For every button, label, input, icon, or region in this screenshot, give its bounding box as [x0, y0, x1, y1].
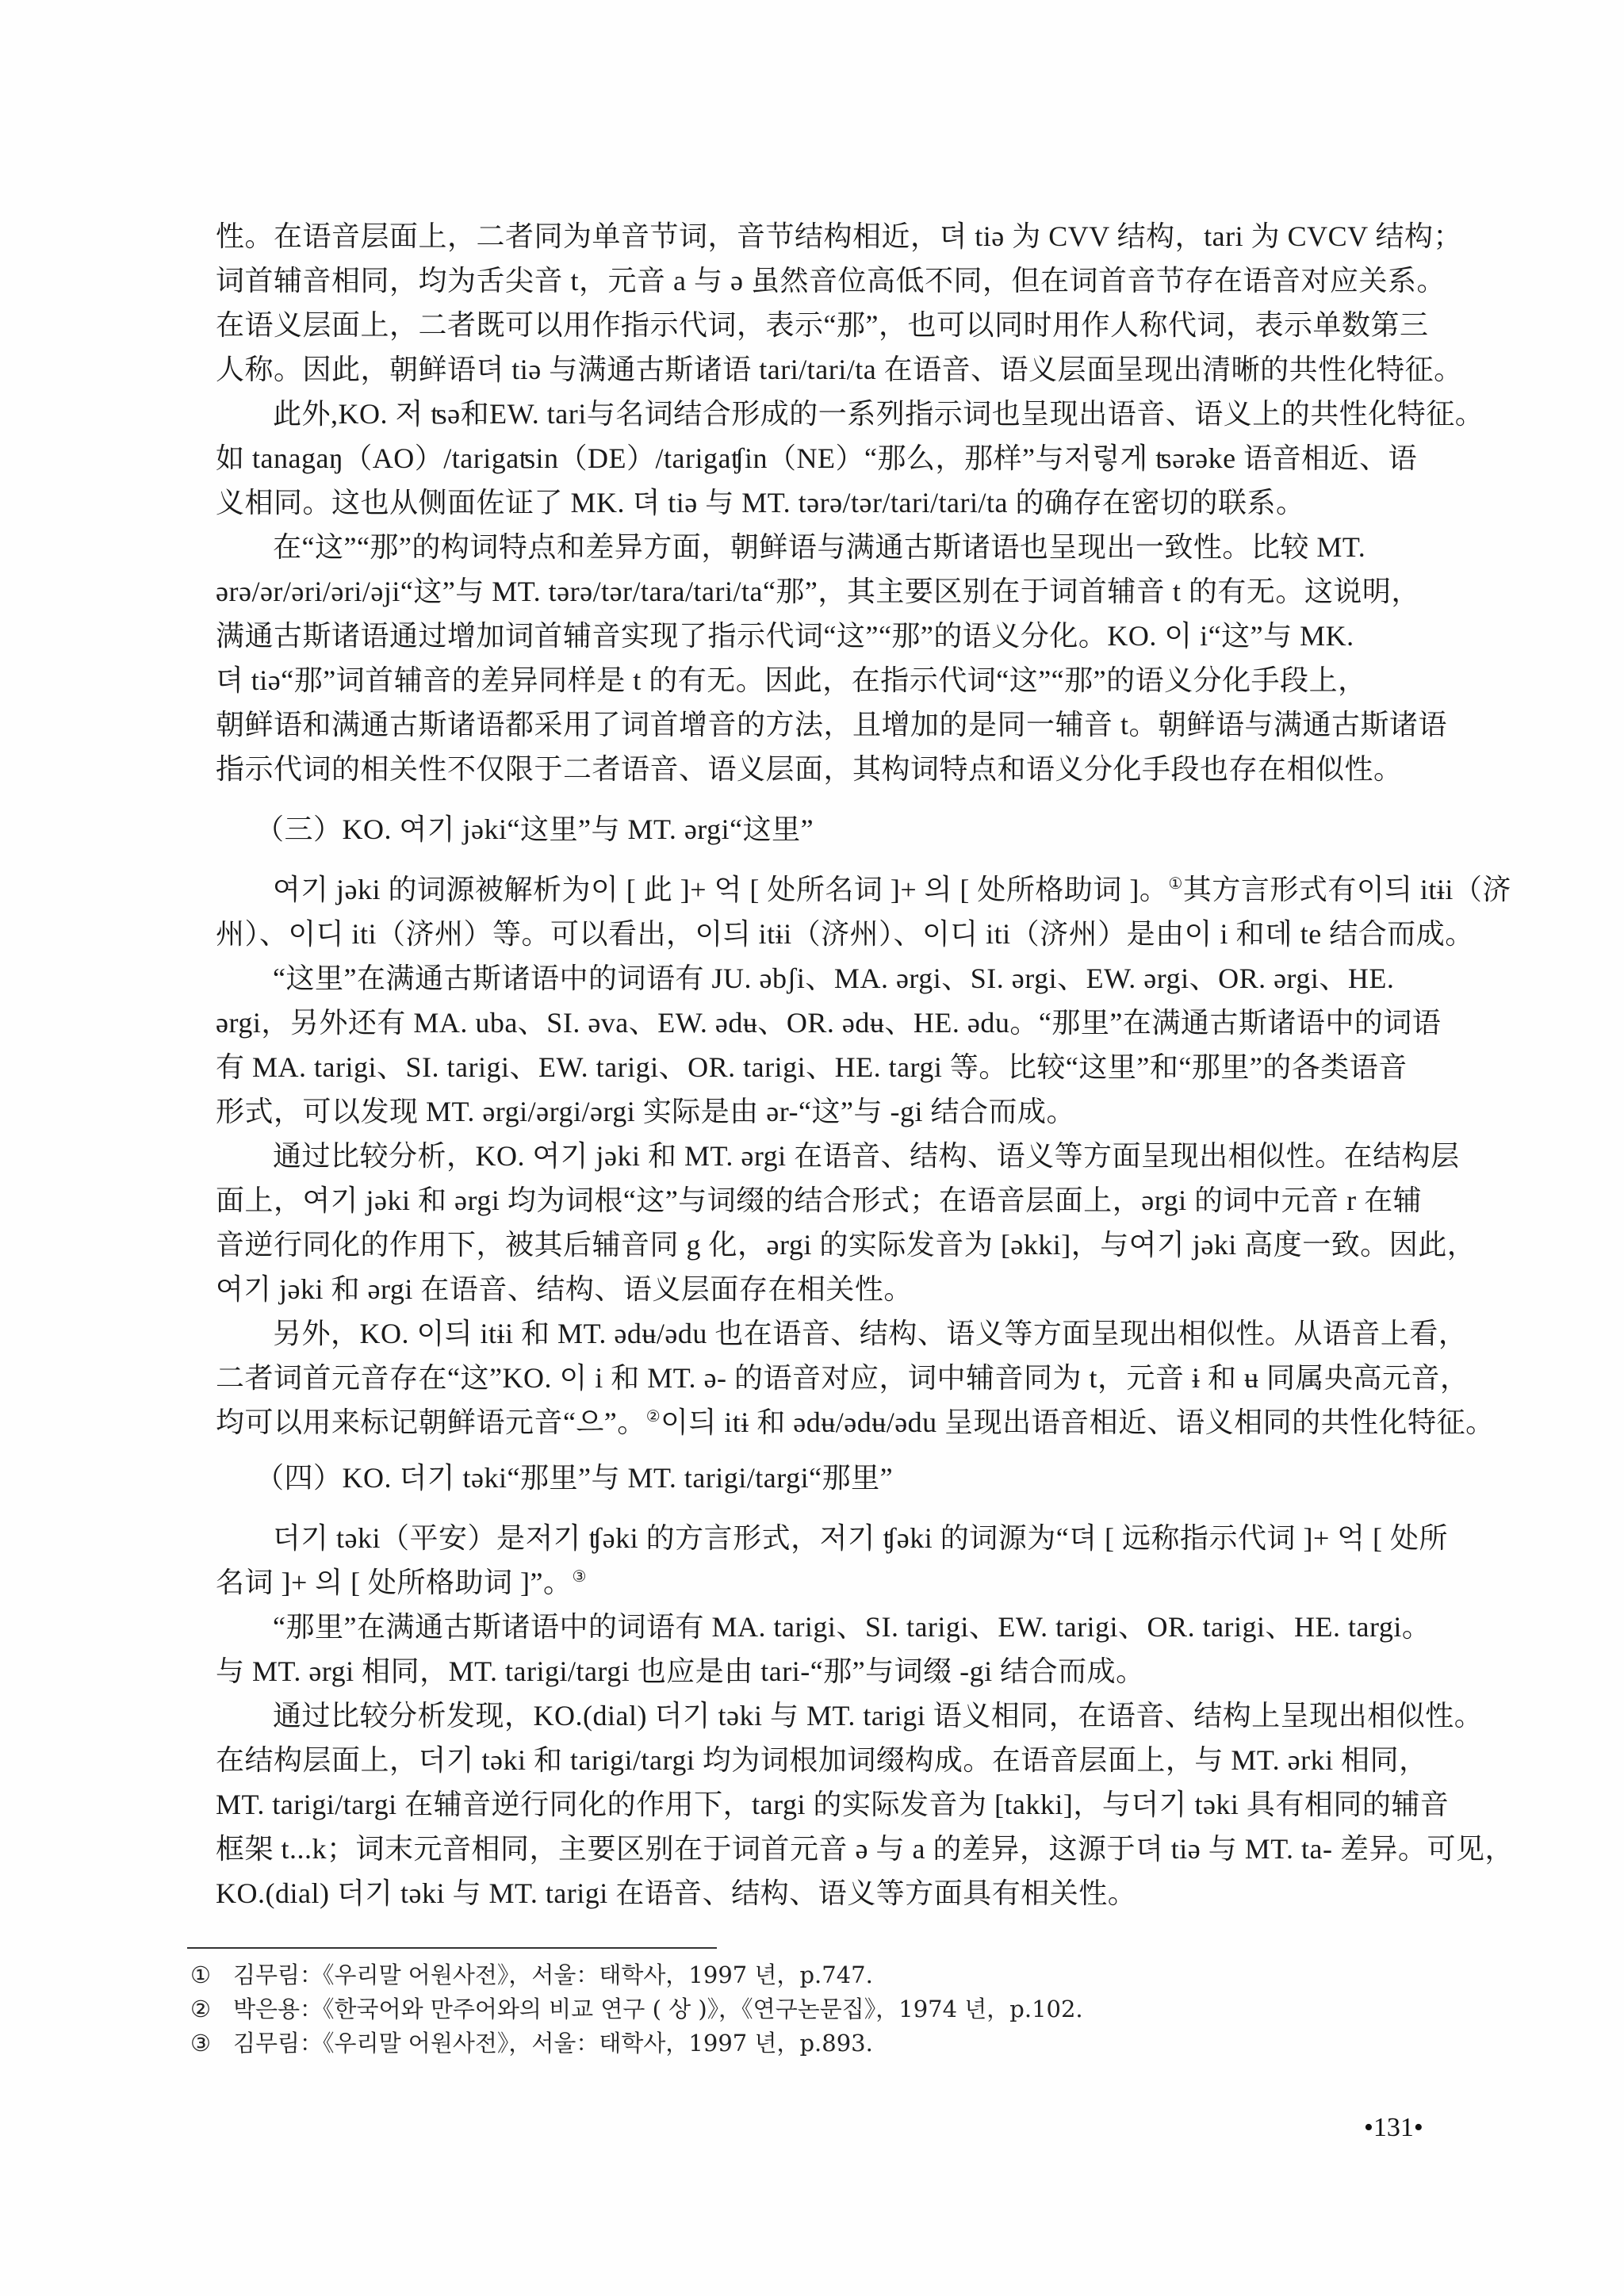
text-line: 形式，可以发现 MT. ərgi/ərgi/ərgi 实际是由 ər-“这”与 … — [216, 1089, 1446, 1134]
section-heading-4: （四）KO. 더기 təki“那里”与 MT. tarigi/targi“那里” — [216, 1456, 1446, 1500]
body-text: 性。在语音层面上，二者同为单音节词，音节结构相近，뎌 tiə 为 CVV 结构，… — [216, 214, 1446, 1915]
section-heading-3: （三）KO. 여기 jəki“这里”与 MT. ərgi“这里” — [216, 807, 1446, 851]
text-line: 框架 t...k；词末元音相同，主要区别在于词首元音 ə 与 a 的差异，这源于… — [216, 1827, 1446, 1871]
text-line: 音逆行同化的作用下，被其后辅音同 g 化，ərgi 的实际发音为 [əkki]，… — [216, 1223, 1446, 1267]
text-span: 名词 ]+ 의 [ 处所格助词 ]”。 — [216, 1567, 573, 1598]
footnote-text: 김무림：《우리말 어원사전》，서울：태학사，1997 년，p.893. — [233, 2030, 873, 2057]
text-line: 在结构层面上，더기 təki 和 tarigi/targi 均为词根加词缀构成。… — [216, 1738, 1446, 1782]
text-line: 여기 jəki 的词源被解析为이 [ 此 ]+ 억 [ 处所名词 ]+ 의 [ … — [216, 867, 1446, 912]
text-line: 뎌 tiə“那”词首辅音的差异同样是 t 的有无。因此，在指示代词“这”“那”的… — [216, 658, 1446, 702]
text-line: 名词 ]+ 의 [ 处所格助词 ]”。③ — [216, 1560, 1446, 1605]
footnote-text: 박은용：《한국어와 만주어와의 비교 연구 ( 상 )》，《연구논문집》，197… — [233, 1996, 1083, 2022]
text-line: ərgi，另外还有 MA. uba、SI. əva、EW. ədʉ、OR. əd… — [216, 1001, 1446, 1045]
text-line: 词首辅音相同，均为舌尖音 t，元音 a 与 ə 虽然音位高低不同，但在词首音节存… — [216, 258, 1446, 303]
footnote-ref-1[interactable]: ① — [1168, 875, 1182, 893]
text-line: 满通古斯诸语通过增加词首辅音实现了指示代词“这”“那”的语义分化。KO. 이 i… — [216, 614, 1446, 658]
text-span: 이듸 itɨ 和 ədʉ/ədʉ/ədu 呈现出语音相近、语义相同的共性化特征。 — [661, 1406, 1495, 1438]
text-line: MT. tarigi/targi 在辅音逆行同化的作用下，targi 的实际发音… — [216, 1782, 1446, 1827]
text-line: ərə/ər/əri/əri/əji“这”与 MT. tərə/tər/tara… — [216, 569, 1446, 614]
footnote-separator — [187, 1947, 717, 1949]
text-line: 有 MA. tarigi、SI. tarigi、EW. tarigi、OR. t… — [216, 1045, 1446, 1089]
text-span: 여기 jəki 的词源被解析为이 [ 此 ]+ 억 [ 处所名词 ]+ 의 [ … — [273, 874, 1168, 905]
footnotes: ①김무림：《우리말 어원사전》，서울：태학사，1997 년，p.747. ②박은… — [190, 1958, 1459, 2061]
text-line: 通过比较分析发现，KO.(dial) 더기 təki 与 MT. tarigi … — [216, 1693, 1446, 1738]
document-page: 性。在语音层面上，二者同为单音节词，音节结构相近，뎌 tiə 为 CVV 结构，… — [0, 0, 1624, 2296]
text-line: 此外,KO. 저 ʦə和EW. tari与名词结合形成的一系列指示词也呈现出语音… — [216, 392, 1446, 436]
footnote-1: ①김무림：《우리말 어원사전》，서울：태학사，1997 년，p.747. — [190, 1958, 1459, 1992]
text-line: 面上，여기 jəki 和 ərgi 均为词根“这”与词缀的结合形式；在语音层面上… — [216, 1178, 1446, 1223]
text-line: 人称。因此，朝鲜语뎌 tiə 与满通古斯诸语 tari/tari/ta 在语音、… — [216, 347, 1446, 392]
footnote-ref-3[interactable]: ③ — [573, 1568, 587, 1586]
text-line: 在“这”“那”的构词特点和差异方面，朝鲜语与满通古斯诸语也呈现出一致性。比较 M… — [216, 525, 1446, 569]
text-line: 指示代词的相关性不仅限于二者语音、语义层面，其构词特点和语义分化手段也存在相似性… — [216, 747, 1446, 791]
footnote-number: ① — [190, 1958, 233, 1992]
footnote-ref-2[interactable]: ② — [646, 1408, 661, 1425]
footnote-number: ③ — [190, 2026, 233, 2061]
text-line: “这里”在满通古斯诸语中的词语有 JU. əbʃi、MA. ərgi、SI. ə… — [216, 956, 1446, 1001]
text-line: 如 tanagaŋ（AO）/tarigaʦin（DE）/tarigaʧin（NE… — [216, 436, 1446, 480]
text-span: 均可以用来标记朝鲜语元音“으”。 — [216, 1406, 646, 1438]
footnote-number: ② — [190, 1992, 233, 2026]
text-line: 여기 jəki 和 ərgi 在语音、结构、语义层面存在相关性。 — [216, 1267, 1446, 1311]
text-line: 더기 təki（平安）是저기 ʧəki 的方言形式，저기 ʧəki 的词源为“뎌… — [216, 1516, 1446, 1560]
text-line: 州）、이디 iti（济州）等。可以看出，이듸 itɨi（济州）、이디 iti（济… — [216, 912, 1446, 956]
footnote-2: ②박은용：《한국어와 만주어와의 비교 연구 ( 상 )》，《연구논문집》，19… — [190, 1992, 1459, 2026]
text-line: 二者词首元音存在“这”KO. 이 i 和 MT. ə- 的语音对应，词中辅音同为… — [216, 1356, 1446, 1400]
text-line: 在语义层面上，二者既可以用作指示代词，表示“那”，也可以同时用作人称代词，表示单… — [216, 303, 1446, 347]
text-line: “那里”在满通古斯诸语中的词语有 MA. tarigi、SI. tarigi、E… — [216, 1605, 1446, 1649]
footnote-3: ③김무림：《우리말 어원사전》，서울：태학사，1997 년，p.893. — [190, 2026, 1459, 2061]
text-line: 另外，KO. 이듸 itɨi 和 MT. ədʉ/ədu 也在语音、结构、语义等… — [216, 1311, 1446, 1356]
text-line: 与 MT. ərgi 相同，MT. tarigi/targi 也应是由 tari… — [216, 1649, 1446, 1693]
text-line: 朝鲜语和满通古斯诸语都采用了词首增音的方法，且增加的是同一辅音 t。朝鲜语与满通… — [216, 702, 1446, 747]
text-line: KO.(dial) 더기 təki 与 MT. tarigi 在语音、结构、语义… — [216, 1871, 1446, 1915]
page-number: •131• — [1364, 2113, 1423, 2143]
text-line: 义相同。这也从侧面佐证了 MK. 뎌 tiə 与 MT. tərə/tər/ta… — [216, 480, 1446, 525]
text-line: 性。在语音层面上，二者同为单音节词，音节结构相近，뎌 tiə 为 CVV 结构，… — [216, 214, 1446, 258]
text-line: 通过比较分析，KO. 여기 jəki 和 MT. ərgi 在语音、结构、语义等… — [216, 1134, 1446, 1178]
text-span: 其方言形式有이듸 itɨi（济 — [1183, 874, 1511, 905]
footnote-text: 김무림：《우리말 어원사전》，서울：태학사，1997 년，p.747. — [233, 1961, 873, 1988]
text-line: 均可以用来标记朝鲜语元音“으”。②이듸 itɨ 和 ədʉ/ədʉ/ədu 呈现… — [216, 1400, 1446, 1445]
